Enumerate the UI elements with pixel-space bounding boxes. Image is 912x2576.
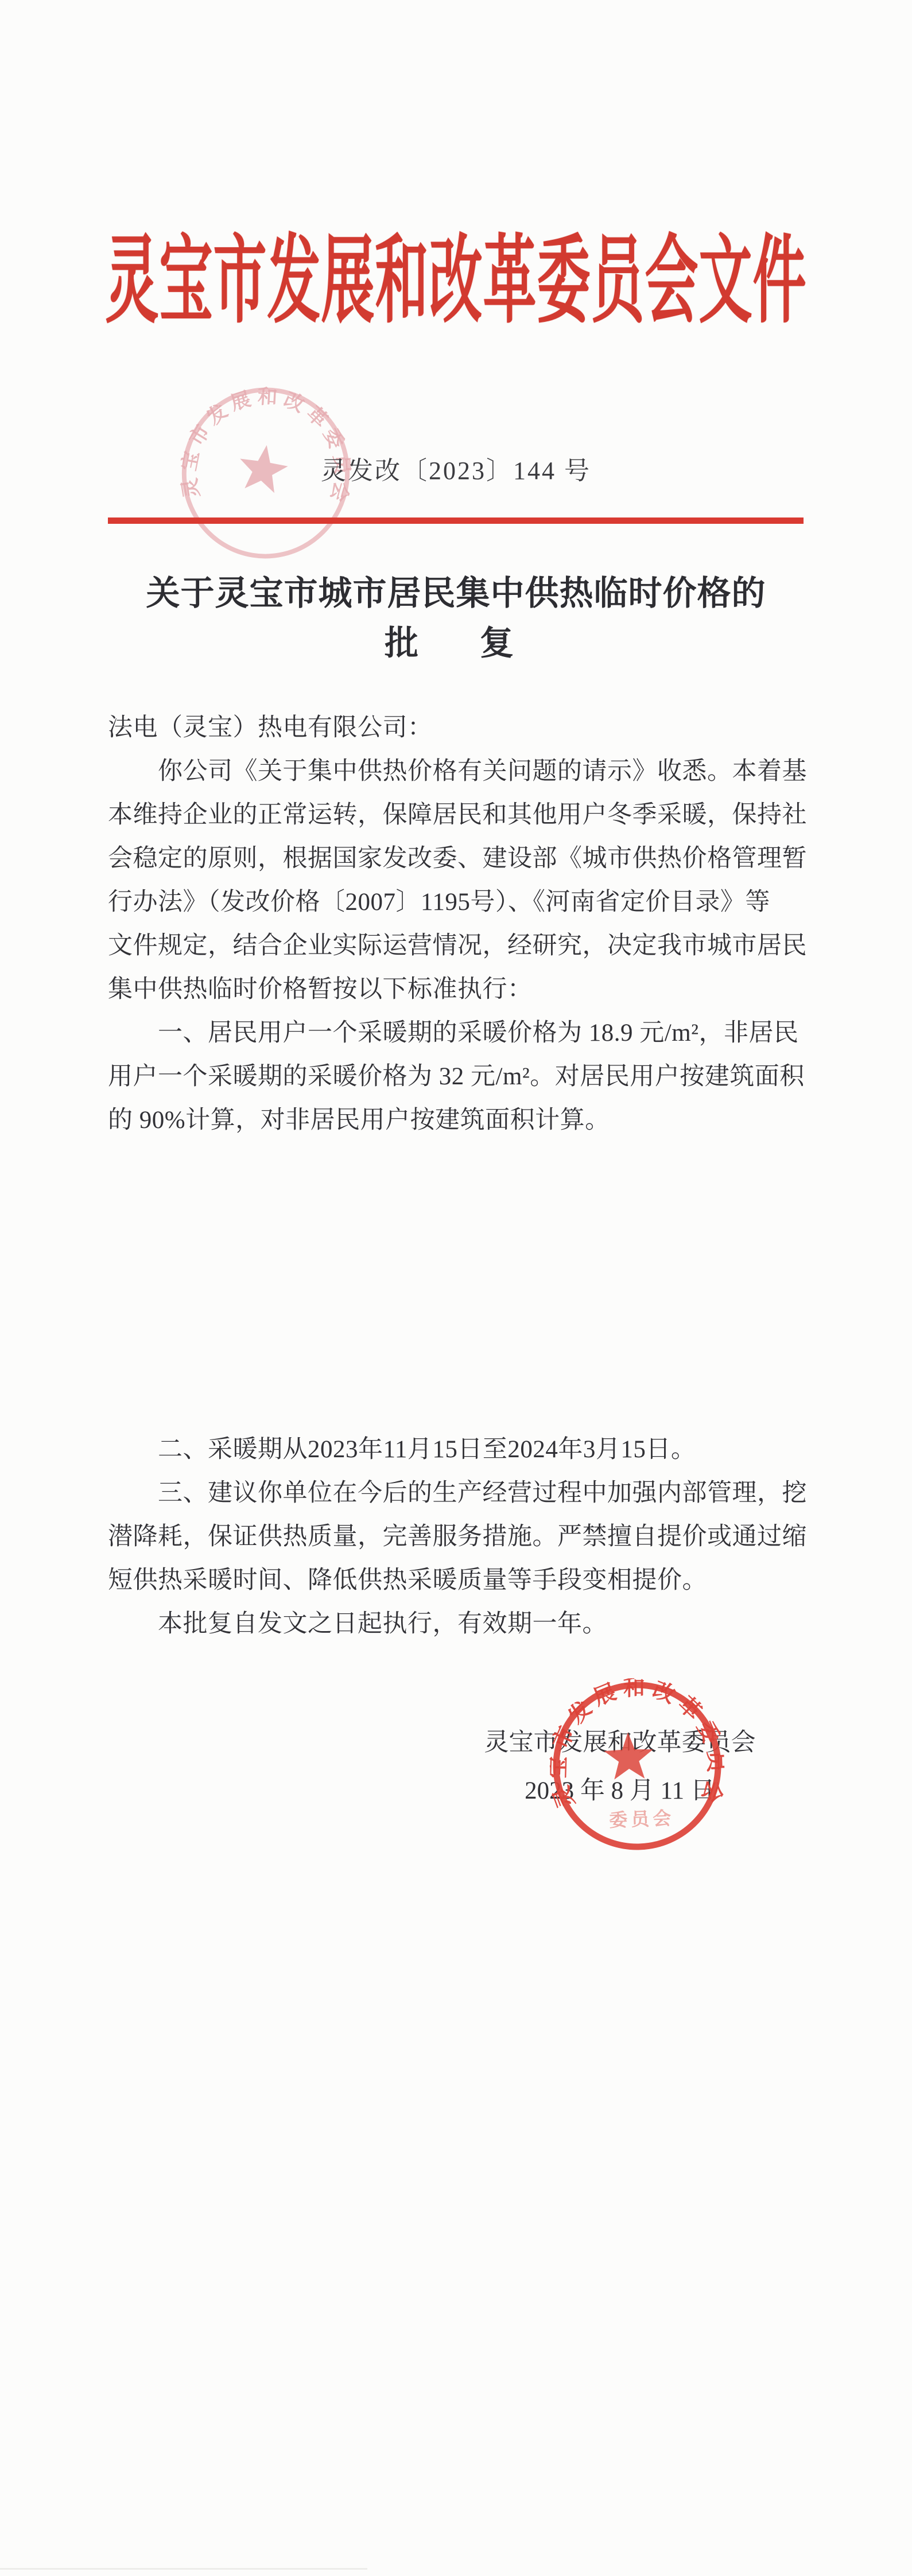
seal-ring <box>553 1682 721 1850</box>
body-paragraphs-bottom: 二、采暖期从2023年11月15日至2024年3月15日。 三、建议你单位在今后… <box>108 1428 804 1646</box>
svg-text:灵宝市发展和改革委员会: 灵宝市发展和改革委员会 <box>173 373 364 526</box>
seal-ghost-text: 委员会 <box>609 1808 675 1831</box>
body-line: 会稳定的原则，根据国家发改委、建设部《城市供热价格管理暂 <box>108 837 804 881</box>
body-line: 一、居民用户一个采暖期的采暖价格为 18.9 元/m²，非居民 <box>108 1011 804 1055</box>
body-line: 文件规定，结合企业实际运营情况，经研究，决定我市城市居民 <box>108 924 804 968</box>
red-divider-line <box>108 517 804 524</box>
body-line: 行办法》（发改价格〔2007〕1195号）、《河南省定价目录》等 <box>108 881 804 924</box>
body-line: 你公司《关于集中供热价格有关问题的请示》收悉。本着基 <box>108 750 804 793</box>
body-line: 用户一个采暖期的采暖价格为 32 元/m²。对居民用户按建筑面积 <box>108 1055 804 1099</box>
body-line: 本批复自发文之日起执行，有效期一年。 <box>108 1602 804 1646</box>
letterhead-title: 灵宝市发展和改革委员会文件 <box>0 234 912 287</box>
official-seal-icon: 灵宝市发展和改革委员会 委员会 <box>547 1675 727 1857</box>
letterhead-title-text: 灵宝市发展和改革委员会文件 <box>106 234 807 330</box>
document-number: 灵发改〔2023〕144 号 <box>0 457 912 485</box>
body-line: 三、建议你单位在今后的生产经营过程中加强内部管理，挖 <box>108 1472 804 1515</box>
scanner-edge-artifact <box>0 2568 367 2570</box>
body-paragraphs-top: 法电（灵宝）热电有限公司： 你公司《关于集中供热价格有关问题的请示》收悉。本着基… <box>108 706 804 1142</box>
document-title-line2: 批 复 <box>0 618 912 668</box>
body-line: 集中供热临时价格暂按以下标准执行： <box>108 968 804 1011</box>
body-line: 短供热采暖时间、降低供热采暖质量等手段变相提价。 <box>108 1559 804 1602</box>
signature-date: 2023 年 8 月 11 日 <box>459 1777 781 1805</box>
body-line: 的 90%计算，对非居民用户按建筑面积计算。 <box>108 1099 804 1142</box>
document-title-line1: 关于灵宝市城市居民集中供热临时价格的 <box>0 569 912 618</box>
body-line: 二、采暖期从2023年11月15日至2024年3月15日。 <box>108 1428 804 1472</box>
body-line: 本维持企业的正常运转，保障居民和其他用户冬季采暖，保持社 <box>108 793 804 837</box>
body-line: 潜降耗，保证供热质量，完善服务措施。严禁擅自提价或通过缩 <box>108 1515 804 1559</box>
document-title: 关于灵宝市城市居民集中供热临时价格的 批 复 <box>0 569 912 668</box>
stamp-ring-text: 灵宝市发展和改革委员会 <box>173 373 364 526</box>
scanned-official-document: 灵宝市发展和改革委员会文件 灵宝市发展和改革委员会 灵发改〔2023〕144 号… <box>0 0 912 2576</box>
body-line: 法电（灵宝）热电有限公司： <box>108 706 804 750</box>
signature-organization: 灵宝市发展和改革委员会 <box>459 1729 781 1757</box>
